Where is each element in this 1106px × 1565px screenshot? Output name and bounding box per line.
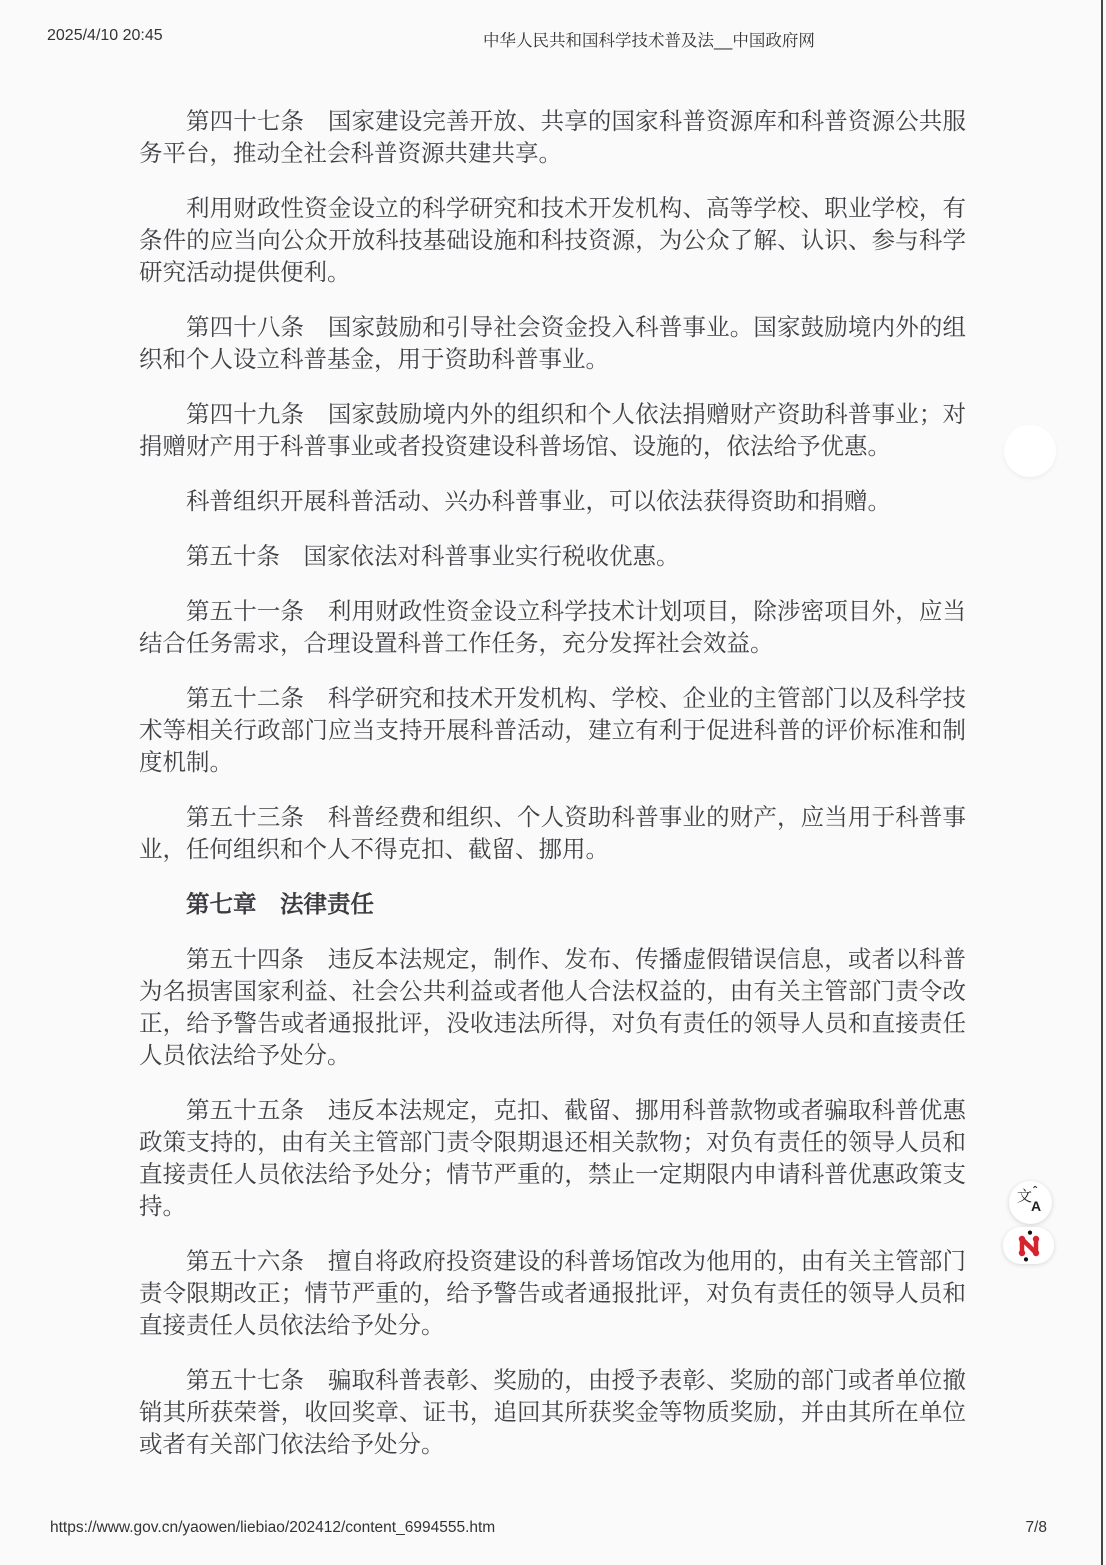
document-title: 中华人民共和国科学技术普及法__中国政府网: [483, 27, 815, 51]
translate-icon-caret: ˆ: [1033, 1186, 1037, 1196]
page-indicator: 7/8: [1025, 1519, 1047, 1537]
source-url: https://www.gov.cn/yaowen/liebiao/202412…: [50, 1519, 495, 1537]
faded-floating-button: [1004, 425, 1056, 477]
article-paragraph: 第五十三条 科普经费和组织、个人资助科普事业的财产，应当用于科普事业，任何组织和…: [139, 802, 966, 866]
article-paragraph: 第五十条 国家依法对科普事业实行税收优惠。: [139, 541, 966, 573]
article-paragraph: 第四十八条 国家鼓励和引导社会资金投入科普事业。国家鼓励境内外的组织和个人设立科…: [139, 312, 966, 376]
translate-button[interactable]: 文 ˆ A: [1009, 1181, 1052, 1224]
timestamp-label: 2025/4/10 20:45: [47, 27, 163, 45]
ai-assistant-button[interactable]: [1003, 1227, 1054, 1264]
network-n-icon: [1014, 1230, 1044, 1262]
article-paragraph: 第五十五条 违反本法规定，克扣、截留、挪用科普款物或者骗取科普优惠政策支持的，由…: [139, 1095, 966, 1223]
translate-icon: 文: [1017, 1189, 1032, 1204]
article-paragraph: 科普组织开展科普活动、兴办科普事业，可以依法获得资助和捐赠。: [139, 486, 966, 518]
translate-icon-letter: A: [1031, 1199, 1041, 1213]
chapter-heading: 第七章 法律责任: [139, 889, 966, 921]
article-paragraph: 第五十四条 违反本法规定，制作、发布、传播虚假错误信息，或者以科普为名损害国家利…: [139, 944, 966, 1072]
article-paragraph: 第四十九条 国家鼓励境内外的组织和个人依法捐赠财产资助科普事业；对捐赠财产用于科…: [139, 399, 966, 463]
article-paragraph: 第五十二条 科学研究和技术开发机构、学校、企业的主管部门以及科学技术等相关行政部…: [139, 683, 966, 779]
article-paragraph: 第五十七条 骗取科普表彰、奖励的，由授予表彰、奖励的部门或者单位撤销其所获荣誉，…: [139, 1365, 966, 1461]
article-paragraph: 利用财政性资金设立的科学研究和技术开发机构、高等学校、职业学校，有条件的应当向公…: [139, 193, 966, 289]
article-paragraph: 第五十一条 利用财政性资金设立科学技术计划项目，除涉密项目外，应当结合任务需求，…: [139, 596, 966, 660]
article-paragraph: 第五十六条 擅自将政府投资建设的科普场馆改为他用的，由有关主管部门责令限期改正；…: [139, 1246, 966, 1342]
document-body: 第四十七条 国家建设完善开放、共享的国家科普资源库和科普资源公共服务平台，推动全…: [139, 106, 966, 1484]
article-paragraph: 第四十七条 国家建设完善开放、共享的国家科普资源库和科普资源公共服务平台，推动全…: [139, 106, 966, 170]
screen-edge-line: [1101, 0, 1103, 1565]
